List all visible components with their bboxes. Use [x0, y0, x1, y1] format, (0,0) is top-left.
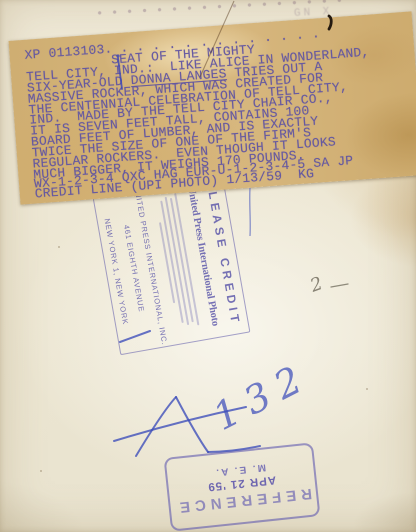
- press-photo-verso: GN X PLEASE CREDIT United Press Internat…: [0, 0, 416, 532]
- pen-vertical-line: [250, 188, 251, 236]
- handwritten-digits: 132: [206, 353, 317, 439]
- pencil-dash: [331, 284, 348, 287]
- reference-stamp-label: REFERENCE: [174, 485, 313, 516]
- caption-slip: XP 0113103. . . . . . . . . . . . . . SE…: [9, 11, 416, 204]
- dust-speck: [58, 246, 60, 248]
- reference-stamp: REFERENCE APR 21 '59 M. E. A.: [164, 442, 321, 531]
- dust-speck: [366, 388, 368, 390]
- dust-speck: [40, 470, 42, 472]
- pencil-digit: 2: [307, 273, 326, 297]
